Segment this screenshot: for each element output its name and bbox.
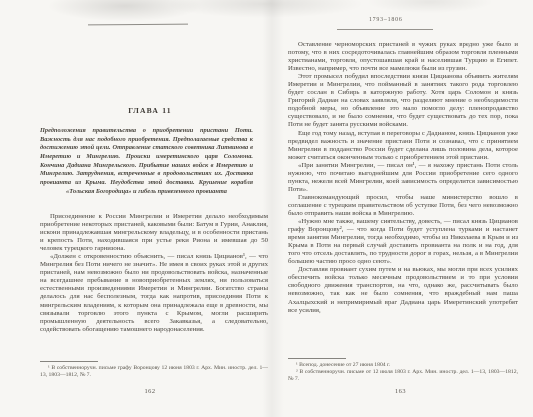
left-page-number: 162: [30, 388, 270, 395]
right-page-footnotes: ¹ Всепод. донесение от 27 июня 1804 г.² …: [288, 362, 518, 383]
book-scan-photo: ГЛАВА 11 Предположения правительства о п…: [0, 0, 533, 417]
chapter-summary: Предположения правительства о приобретен…: [40, 127, 253, 196]
right-page: 1793–1806 Оставление черноморских приста…: [278, 0, 523, 417]
right-page-number: 163: [278, 388, 523, 395]
running-header-rule: [337, 29, 433, 30]
left-page-footnotes: ¹ В собственноручн. письме графу Воронцо…: [40, 365, 268, 379]
chapter-top-rule: [88, 24, 188, 26]
footnote-rule: [288, 358, 346, 359]
running-header-years: 1793–1806: [278, 17, 494, 23]
right-page-body: Оставление черноморских пристаней в чужи…: [288, 41, 518, 315]
chapter-heading: ГЛАВА 11: [30, 106, 270, 115]
footnote-rule: [40, 361, 98, 362]
left-page-body: Присоединение к России Мингрелии и Имере…: [40, 213, 268, 334]
left-page: ГЛАВА 11 Предположения правительства о п…: [30, 0, 270, 417]
